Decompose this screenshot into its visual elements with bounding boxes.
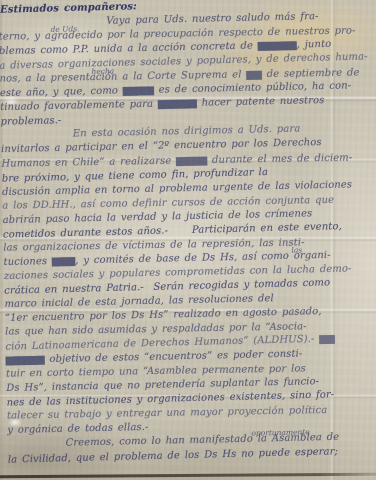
letter-page: Estimados compañeros:Vaya para Uds. nues… xyxy=(0,0,376,480)
scan-bottom-edge xyxy=(0,473,376,479)
interlinear-insertion: oportunamente xyxy=(251,428,310,437)
interlinear-insertion: de Uds. xyxy=(50,25,79,34)
interlinear-insertion: las xyxy=(291,246,302,254)
interlinear-insertion: hecha xyxy=(91,68,114,76)
letter-body: Estimados compañeros:Vaya para Uds. nues… xyxy=(0,0,376,467)
